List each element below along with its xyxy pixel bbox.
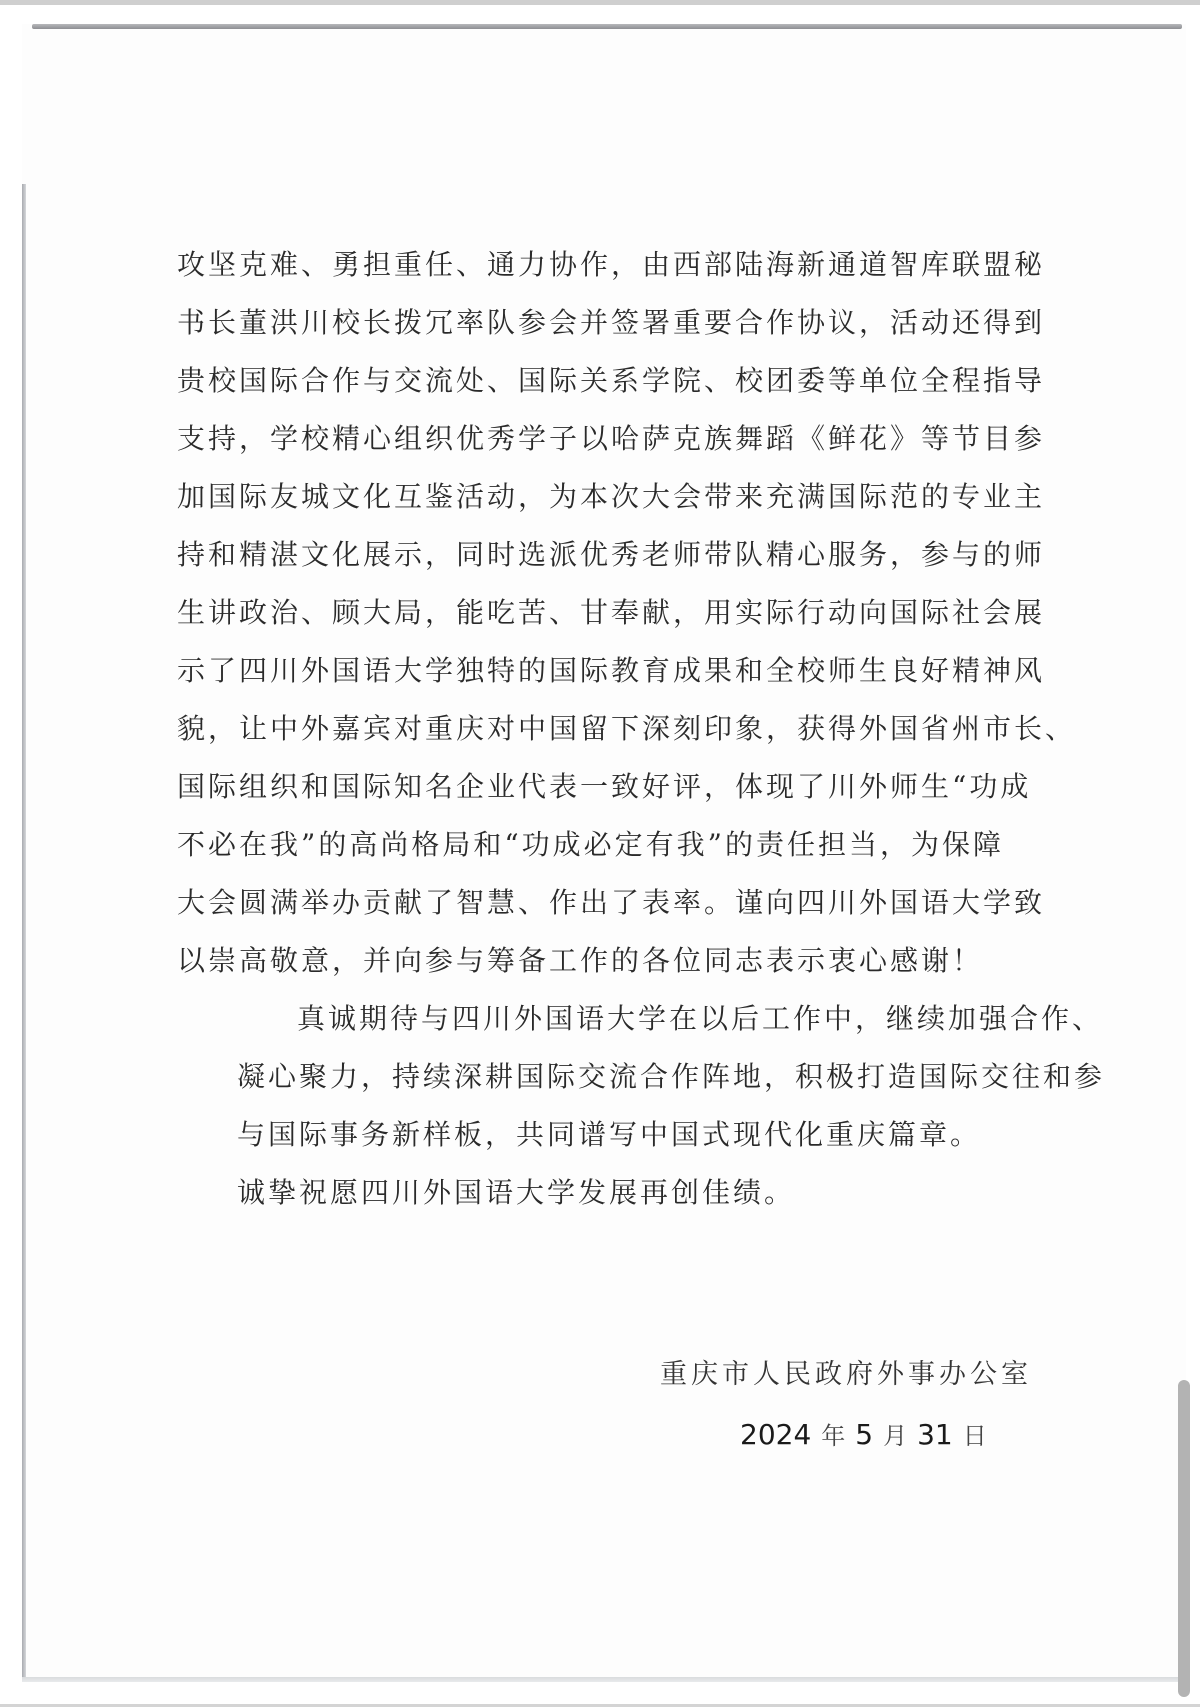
- text-line: 国际组织和国际知名企业代表一致好评，体现了川外师生“功成: [177, 758, 1067, 816]
- signing-organization: 重庆市人民政府外事办公室: [660, 1350, 1080, 1400]
- signature-date: 2024年5月31日: [660, 1410, 1080, 1460]
- page-bottom-shadow: [22, 1677, 1186, 1682]
- signature-block: 重庆市人民政府外事办公室 2024年5月31日: [660, 1350, 1080, 1460]
- text-line: 持和精湛文化展示，同时选派优秀老师带队精心服务，参与的师: [177, 526, 1067, 584]
- date-year-unit: 年: [821, 1422, 845, 1450]
- text-line: 书长董洪川校长拨冗率队参会并签署重要合作协议，活动还得到: [177, 294, 1067, 352]
- text-line: 攻坚克难、勇担重任、通力协作，由西部陆海新通道智库联盟秘: [177, 236, 1067, 294]
- document-viewer: 攻坚克难、勇担重任、通力协作，由西部陆海新通道智库联盟秘 书长董洪川校长拨冗率队…: [0, 0, 1200, 1707]
- paragraph-2: 真诚期待与四川外国语大学在以后工作中，继续加强合作、 凝心聚力，持续深耕国际交流…: [177, 990, 1067, 1164]
- text-line: 示了四川外国语大学独特的国际教育成果和全校师生良好精神风: [177, 642, 1067, 700]
- date-month: 5: [855, 1418, 873, 1451]
- date-day: 31: [917, 1418, 953, 1451]
- text-line: 貌，让中外嘉宾对重庆对中国留下深刻印象，获得外国省州市长、: [177, 700, 1067, 758]
- date-year: 2024: [740, 1418, 811, 1451]
- text-line: 贵校国际合作与交流处、国际关系学院、校团委等单位全程指导: [177, 352, 1067, 410]
- date-month-unit: 月: [883, 1422, 907, 1450]
- date-day-unit: 日: [963, 1422, 987, 1450]
- vertical-scrollbar[interactable]: [1176, 24, 1190, 1699]
- text-line: 以崇高敬意，并向参与筹备工作的各位同志表示衷心感谢！: [177, 932, 1067, 990]
- text-line: 与国际事务新样板，共同谱写中国式现代化重庆篇章。: [177, 1106, 1067, 1164]
- text-line: 真诚期待与四川外国语大学在以后工作中，继续加强合作、: [177, 990, 1067, 1048]
- text-line: 凝心聚力，持续深耕国际交流合作阵地，积极打造国际交往和参: [177, 1048, 1067, 1106]
- scrollbar-thumb[interactable]: [1178, 1380, 1190, 1697]
- paragraph-3: 诚挚祝愿四川外国语大学发展再创佳绩。: [177, 1164, 1067, 1222]
- text-line: 大会圆满举办贡献了智慧、作出了表率。谨向四川外国语大学致: [177, 874, 1067, 932]
- page-left-shadow: [22, 184, 26, 1679]
- text-line: 加国际友城文化互鉴活动，为本次大会带来充满国际范的专业主: [177, 468, 1067, 526]
- text-line: 诚挚祝愿四川外国语大学发展再创佳绩。: [177, 1164, 1067, 1222]
- viewer-top-bar: [0, 0, 1200, 5]
- text-line: 支持，学校精心组织优秀学子以哈萨克族舞蹈《鲜花》等节目参: [177, 410, 1067, 468]
- text-line: 生讲政治、顾大局，能吃苦、甘奉献，用实际行动向国际社会展: [177, 584, 1067, 642]
- paragraph-1: 攻坚克难、勇担重任、通力协作，由西部陆海新通道智库联盟秘 书长董洪川校长拨冗率队…: [177, 236, 1067, 990]
- letter-body: 攻坚克难、勇担重任、通力协作，由西部陆海新通道智库联盟秘 书长董洪川校长拨冗率队…: [177, 236, 1067, 1222]
- page-top-shadow: [32, 24, 1182, 29]
- text-line: 不必在我”的高尚格局和“功成必定有我”的责任担当，为保障: [177, 816, 1067, 874]
